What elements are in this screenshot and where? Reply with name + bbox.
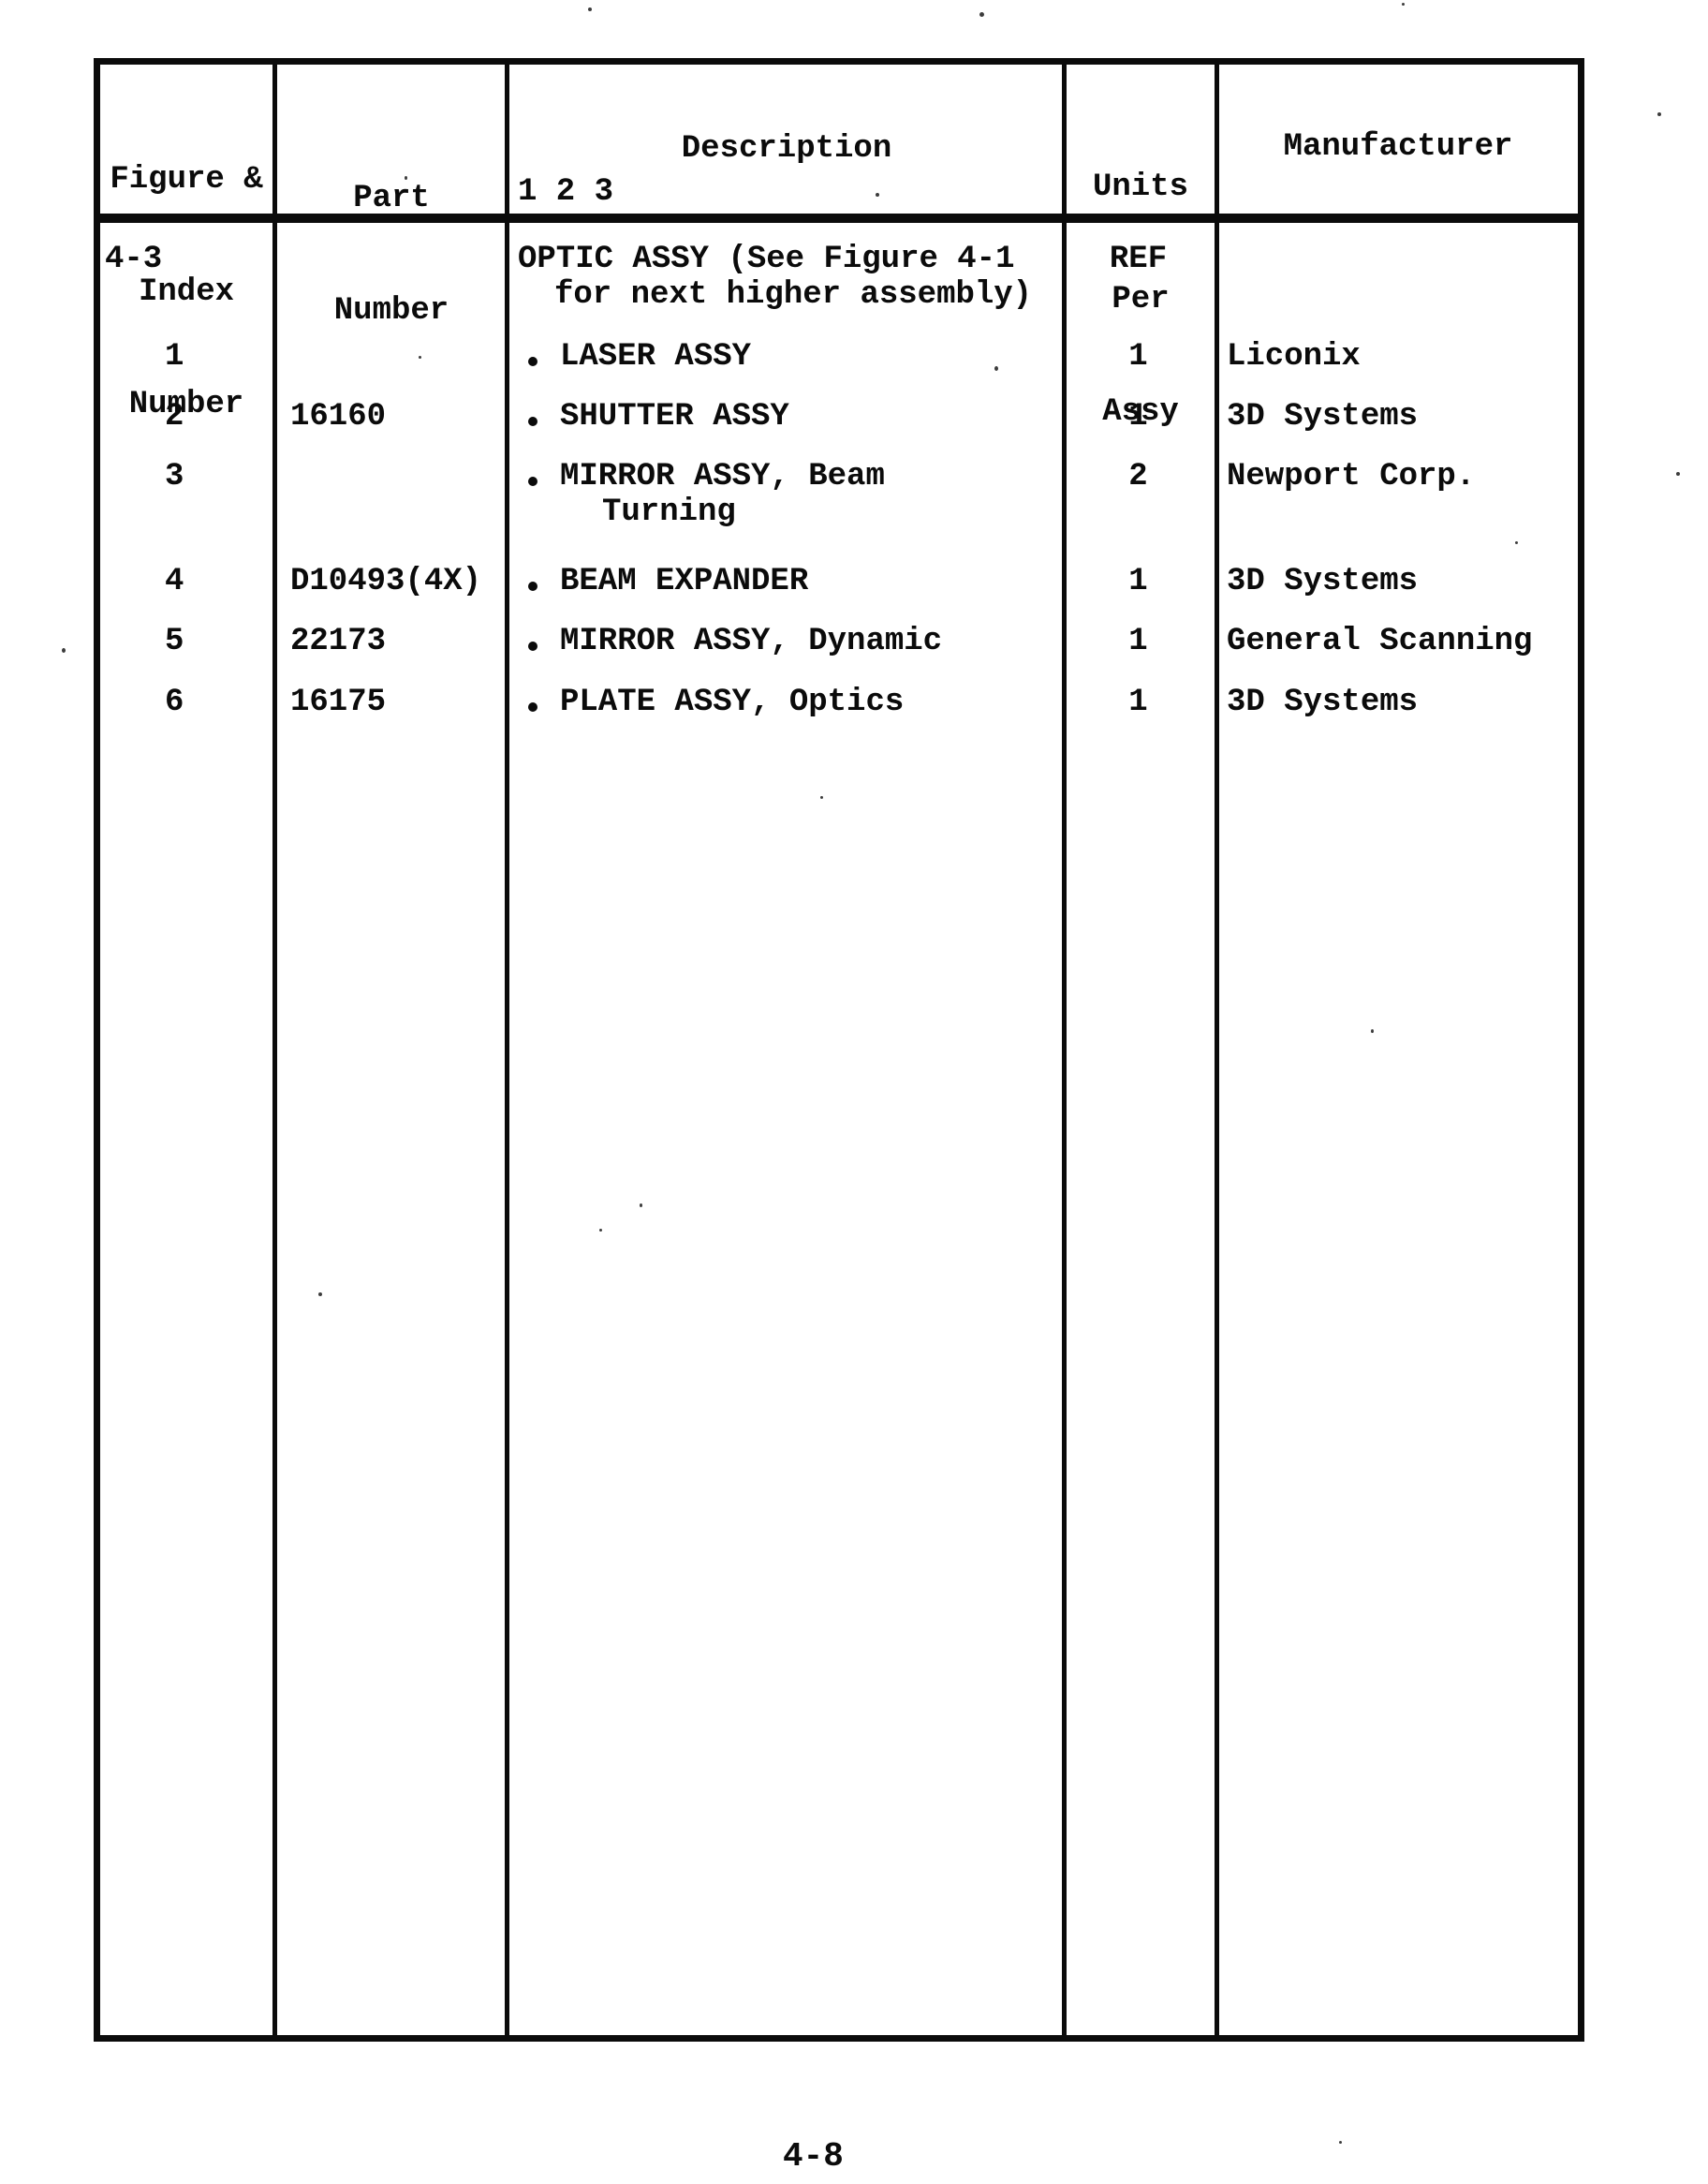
scan-speck xyxy=(419,356,421,359)
manufacturer-cell: Liconix xyxy=(1227,339,1361,375)
header-description: Description xyxy=(511,131,1062,167)
part-number-cell: 16160 xyxy=(290,399,386,435)
bullet-dot xyxy=(528,702,537,712)
scan-speck xyxy=(588,7,592,11)
header-figure-index-line2: Index xyxy=(97,273,275,311)
header-part-number-line1: Part xyxy=(277,180,506,217)
part-number-cell: D10493(4X) xyxy=(290,564,481,599)
figure-index-cell: 6 xyxy=(165,685,184,720)
scan-speck xyxy=(1657,112,1661,116)
scan-speck xyxy=(820,796,823,799)
description-line2: for next higher assembly) xyxy=(554,277,1032,313)
bullet-dot xyxy=(528,642,537,651)
header-part-number-line2: Number xyxy=(277,292,506,330)
description-line1: MIRROR ASSY, Beam xyxy=(560,459,885,494)
grid-line-col4 xyxy=(1215,65,1219,2035)
figure-index-cell: 4 xyxy=(165,564,184,599)
scan-speck xyxy=(62,648,66,653)
figure-index-cell: 2 xyxy=(165,399,184,435)
bullet-dot xyxy=(528,477,537,486)
scan-speck xyxy=(994,366,998,371)
manufacturer-cell: Newport Corp. xyxy=(1227,459,1475,494)
manufacturer-cell: 3D Systems xyxy=(1227,399,1418,435)
scan-speck xyxy=(405,176,407,180)
figure-index-cell: 5 xyxy=(165,624,184,659)
manufacturer-cell: 3D Systems xyxy=(1227,685,1418,720)
description-line1: LASER ASSY xyxy=(560,339,751,375)
units-cell: 1 xyxy=(1062,685,1215,720)
part-number-cell: 22173 xyxy=(290,624,386,659)
units-cell: 1 xyxy=(1062,624,1215,659)
scan-speck xyxy=(876,193,879,197)
header-figure-index: Figure & Index Number xyxy=(97,86,275,498)
scan-speck xyxy=(1402,3,1405,6)
header-units-line1: Units xyxy=(1067,169,1215,206)
document-page: Figure & Index Number Part Number Descri… xyxy=(0,0,1708,2184)
header-part-number: Part Number xyxy=(277,105,506,405)
units-cell: 1 xyxy=(1062,339,1215,375)
units-cell: REF xyxy=(1062,242,1215,277)
scan-speck xyxy=(1515,541,1518,544)
description-line1: SHUTTER ASSY xyxy=(560,399,789,435)
header-units-per-assy: Units Per Assy xyxy=(1067,94,1215,506)
scan-speck xyxy=(1339,2141,1342,2144)
scan-speck xyxy=(640,1203,642,1207)
description-line1: BEAM EXPANDER xyxy=(560,564,808,599)
scan-speck xyxy=(1676,472,1680,476)
bullet-dot xyxy=(528,417,537,426)
units-cell: 2 xyxy=(1062,459,1215,494)
page-number: 4-8 xyxy=(783,2139,844,2175)
header-manufacturer: Manufacturer xyxy=(1221,129,1575,165)
manufacturer-cell: General Scanning xyxy=(1227,624,1532,659)
header-units-line2: Per xyxy=(1067,281,1215,318)
header-description-levels: 1 2 3 xyxy=(518,174,613,210)
figure-index-cell: 3 xyxy=(165,459,184,494)
manufacturer-cell: 3D Systems xyxy=(1227,564,1418,599)
description-line2: Turning xyxy=(602,494,736,530)
scan-speck xyxy=(979,12,984,17)
scan-speck xyxy=(599,1229,602,1232)
units-cell: 1 xyxy=(1062,399,1215,435)
figure-index-cell: 1 xyxy=(165,339,184,375)
description-line1: MIRROR ASSY, Dynamic xyxy=(560,624,942,659)
figure-index-cell: 4-3 xyxy=(105,242,162,277)
bullet-dot xyxy=(528,582,537,591)
units-cell: 1 xyxy=(1062,564,1215,599)
bullet-dot xyxy=(528,357,537,366)
scan-speck xyxy=(1371,1029,1374,1033)
header-figure-index-line3: Number xyxy=(97,386,275,423)
header-figure-index-line1: Figure & xyxy=(97,161,275,199)
description-line1: PLATE ASSY, Optics xyxy=(560,685,904,720)
description-line1: OPTIC ASSY (See Figure 4-1 xyxy=(518,242,1015,277)
scan-speck xyxy=(318,1292,322,1296)
part-number-cell: 16175 xyxy=(290,685,386,720)
